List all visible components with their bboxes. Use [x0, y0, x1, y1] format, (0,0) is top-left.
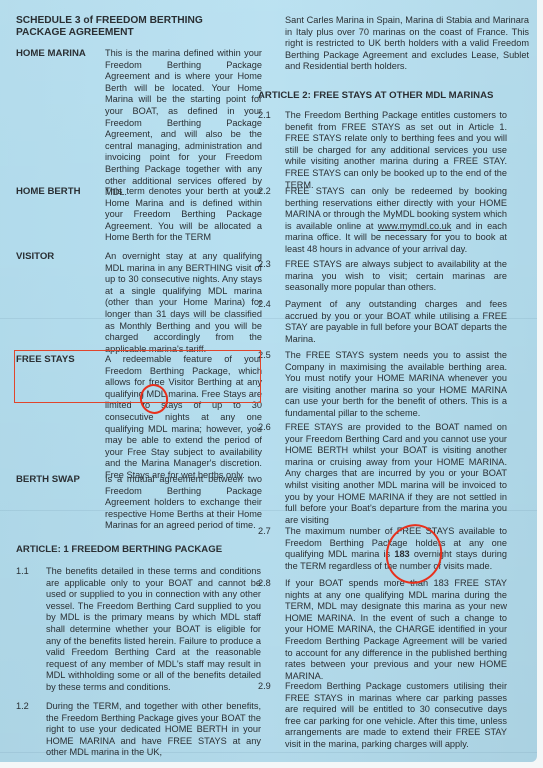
- clause-text: The FREE STAYS system needs you to assis…: [285, 350, 507, 420]
- clause-text: FREE STAYS can only be redeemed by booki…: [285, 186, 507, 256]
- definition-text: An overnight stay at any qualifying MDL …: [105, 251, 262, 355]
- clause-number: 2.9: [258, 681, 271, 693]
- clause-text: FREE STAYS are provided to the BOAT name…: [285, 422, 507, 526]
- free-stays-highlight-box: [14, 350, 261, 403]
- clause-number: 1.1: [16, 566, 29, 578]
- clause-text: If your BOAT spends more than 183 FREE S…: [285, 578, 507, 682]
- clause-number: 2.4: [258, 299, 271, 311]
- definition-home-marina: HOME MARINA This is the marina defined w…: [16, 48, 262, 168]
- clause-text: Payment of any outstanding charges and f…: [285, 299, 507, 345]
- definition-text: This term denotes your berth at your Hom…: [105, 186, 262, 244]
- title-line-2: PACKAGE AGREEMENT: [16, 27, 266, 39]
- definition-text: Is a mutual agreement between two Freedo…: [105, 474, 262, 532]
- definition-home-berth: HOME BERTH This term denotes your berth …: [16, 186, 262, 246]
- schedule-title: SCHEDULE 3 of FREEDOM BERTHING PACKAGE A…: [16, 15, 266, 39]
- definition-term: HOME MARINA: [16, 48, 86, 60]
- clause-number: 1.2: [16, 701, 29, 713]
- clause-number: 2.2: [258, 186, 271, 198]
- clause-number: 2.6: [258, 422, 271, 434]
- clause-number: 2.3: [258, 259, 271, 271]
- definition-visitor: VISITOR An overnight stay at any qualify…: [16, 251, 262, 346]
- definition-term: BERTH SWAP: [16, 474, 80, 486]
- clause-number: 2.7: [258, 526, 271, 538]
- document-page: SCHEDULE 3 of FREEDOM BERTHING PACKAGE A…: [0, 0, 537, 762]
- clause-text: The benefits detailed in these terms and…: [46, 566, 261, 694]
- clause-text: The Freedom Berthing Package entitles cu…: [285, 110, 507, 191]
- article-1-heading: ARTICLE: 1 FREEDOM BERTHING PACKAGE: [16, 544, 222, 556]
- clause-text: Freedom Berthing Package customers utili…: [285, 681, 507, 751]
- definition-term: VISITOR: [16, 251, 54, 263]
- definition-term: HOME BERTH: [16, 186, 81, 198]
- definition-berth-swap: BERTH SWAP Is a mutual agreement between…: [16, 474, 262, 534]
- clause-text: During the TERM, and together with other…: [46, 701, 261, 759]
- clause-text: FREE STAYS are always subject to availab…: [285, 259, 507, 294]
- definition-text: This is the marina defined within your F…: [105, 48, 262, 199]
- mymdl-link[interactable]: www.mymdl.co.uk: [378, 221, 452, 231]
- clause-text: Sant Carles Marina in Spain, Marina di S…: [285, 15, 529, 73]
- title-line-1: SCHEDULE 3 of FREEDOM BERTHING: [16, 15, 266, 27]
- clause-number: 2.8: [258, 578, 271, 590]
- clause-number: 2.1: [258, 110, 271, 122]
- article-2-heading: ARTICLE 2: FREE STAYS AT OTHER MDL MARIN…: [258, 90, 493, 102]
